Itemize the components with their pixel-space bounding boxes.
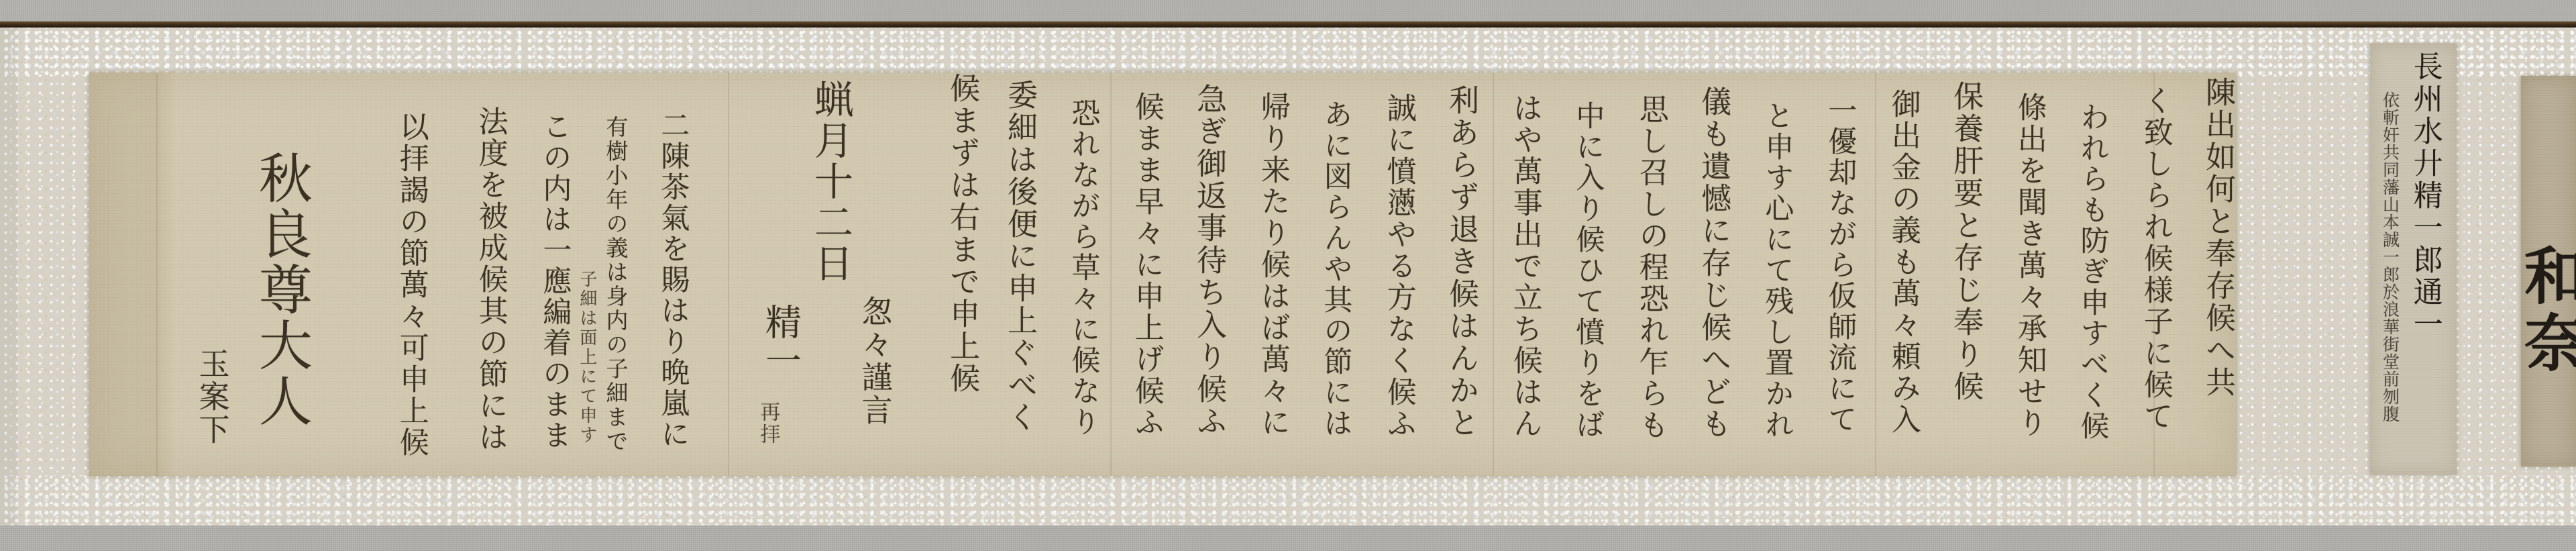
calligraphy-column: 候まずは右まで申上候 (947, 72, 977, 395)
paper-seam (1875, 72, 1876, 476)
calligraphy-column: この内は一應編着のまま (540, 111, 569, 451)
date-column: 蝋月十二日 (811, 79, 850, 284)
calligraphy-column: 保養肝要と存じ奉り候 (1951, 81, 1981, 403)
calligraphy-column: 利あらず退き候はんかと (1446, 85, 1477, 439)
calligraphy-column: 誠に憤懣やる方なく候ふ (1384, 93, 1413, 440)
fragment-calligraphy-column: 和奈 (2519, 244, 2576, 378)
fabric-silver-fleck-band-top (0, 28, 2576, 76)
calligraphy-column: はや萬事出で立ち候はん (1510, 93, 1540, 440)
calligraphy-column: 有樹小年の義は身内の子細まで (605, 115, 627, 454)
calligraphy-column: 一優却ながら仮師流にて (1825, 95, 1854, 435)
top-rod (0, 21, 2576, 28)
handscroll: 陳出如何と奉存候へ共く致しられ候様子に候てわれらも防ぎ申すべく候條出を聞き萬々承… (0, 21, 2576, 532)
fabric-left-edge (0, 28, 17, 525)
addressee-column: 秋良尊大人 (254, 150, 307, 429)
calligraphy-column: 二陳茶氣を賜はり晩嵐に (658, 110, 687, 450)
calligraphy-column: 委細は後便に申上ぐべく (1005, 79, 1035, 434)
calligraphy-column: 儀も遺憾に存じ候へども (1699, 86, 1729, 440)
calligraphy-column: 子細は面上にて申す (578, 270, 596, 445)
calligraphy-column: 御出金の義も萬々頼み入 (1888, 89, 1918, 436)
calligraphy-column: 思し召しの程恐れ乍らも (1636, 94, 1666, 441)
calligraphy-column: 以拝謁の節萬々可申上候 (396, 111, 426, 458)
fabric-silver-fleck-band-bottom (0, 475, 2576, 525)
calligraphy-column: 候まま早々に申上げ候ふ (1132, 91, 1161, 438)
title-slip-main-column: 長州水廾精一郎通一 (2410, 51, 2440, 341)
calligraphy-column: 法度を被成候其の節には (476, 106, 505, 453)
calligraphy-column: 條出を聞き萬々承知せり (2015, 92, 2044, 439)
salutation-column: 再拝 (757, 401, 777, 446)
signature-column: 精一 (763, 303, 799, 380)
calligraphy-column: あに図らんや其の節には (1321, 99, 1350, 439)
closing-column: 怱々謹言 (859, 295, 890, 427)
paper-seam (1493, 72, 1494, 476)
calligraphy-column: われらも防ぎ申すべく候 (2078, 102, 2106, 442)
photo-background: { "artifact": { "kind": "Photograph of a… (0, 0, 2576, 551)
paper-seam (728, 72, 729, 476)
calligraphy-column: 陳出如何と奉存候へ共 (2203, 77, 2233, 399)
calligraphy-column: 急ぎ御返事待ち入り候ふ (1194, 83, 1224, 438)
paper-seam (156, 72, 158, 476)
calligraphy-column: 恐れながら草々に候なり (1069, 98, 1097, 438)
calligraphy-column: 中に入り候ひて憤りをば (1573, 101, 1602, 440)
calligraphy-column: と申す心にて残し置かれ (1762, 101, 1791, 440)
honorific-column: 玉案下 (197, 348, 227, 446)
calligraphy-column: 帰り来たり候はば萬々に (1258, 91, 1287, 438)
calligraphy-column: く致しられ候様子に候て (2141, 85, 2170, 432)
title-slip-annotation-column: 依斬奸共同藩山本誠一郎於浪華街堂前刎腹 (2382, 91, 2399, 423)
paper-seam (1110, 72, 1112, 476)
